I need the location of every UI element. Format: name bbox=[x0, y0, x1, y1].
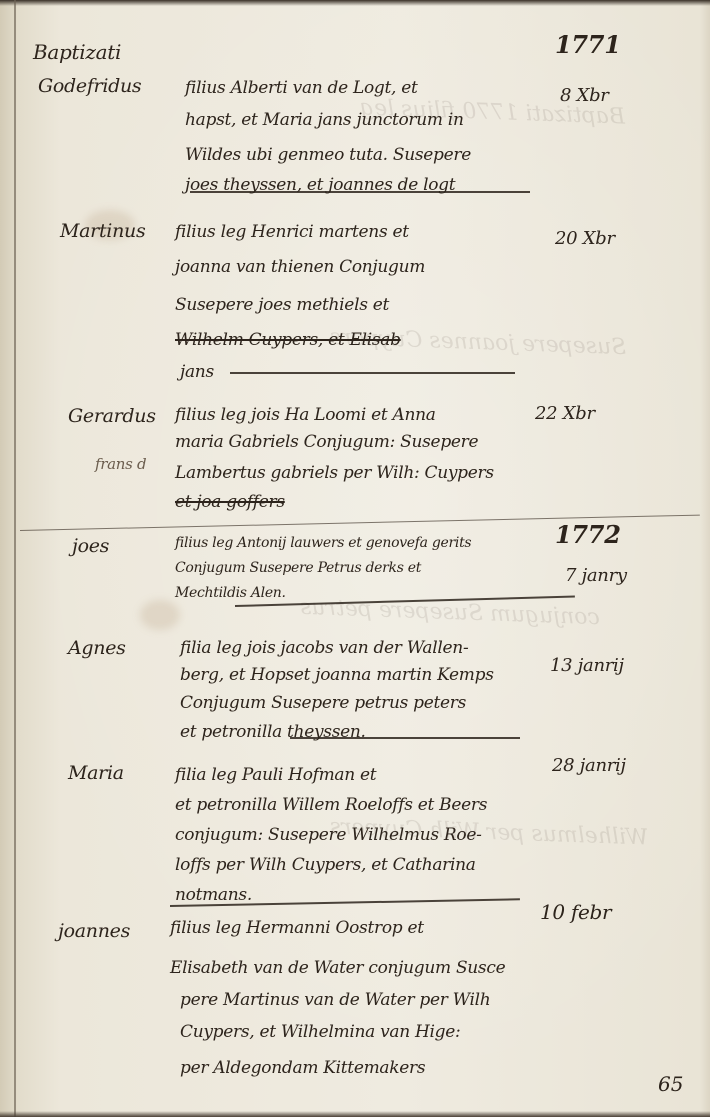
entry-year: 1772 bbox=[555, 520, 621, 549]
entry-date: 8 Xbr bbox=[560, 85, 609, 106]
entry-line: berg, et Hopset joanna martin Kemps bbox=[180, 665, 494, 685]
page-number: 65 bbox=[658, 1072, 683, 1096]
entry-line: hapst, et Maria jans junctorum in bbox=[185, 110, 464, 130]
entry-line: Mechtildis Alen. bbox=[175, 585, 286, 601]
entry-line: Wilhelm Cuypers, et Elisab bbox=[175, 330, 401, 350]
entry-name: Martinus bbox=[60, 220, 145, 242]
binding-fold bbox=[14, 0, 16, 1117]
entry-line: loffs per Wilh Cuypers, et Catharina bbox=[175, 855, 476, 875]
entry-date: 7 janry bbox=[565, 565, 627, 586]
manuscript-page: Baptizati 1770 filius leg Susepere joann… bbox=[0, 0, 710, 1117]
entry-margin-note: frans d bbox=[95, 455, 146, 473]
entry-line: et joa goffers bbox=[175, 492, 285, 512]
entry-line: Lambertus gabriels per Wilh: Cuypers bbox=[175, 463, 494, 483]
entry-separator bbox=[290, 737, 520, 739]
entry-date: 13 janrij bbox=[550, 655, 624, 676]
entry-line: et petronilla Willem Roeloffs et Beers bbox=[175, 795, 487, 815]
entry-line: maria Gabriels Conjugum: Susepere bbox=[175, 432, 478, 452]
entry-line: pere Martinus van de Water per Wilh bbox=[180, 990, 490, 1010]
entry-date: 22 Xbr bbox=[535, 403, 595, 424]
entry-line: jans bbox=[180, 362, 214, 382]
entry-year: 1771 bbox=[555, 30, 621, 59]
entry-line: Cuypers, et Wilhelmina van Hige: bbox=[180, 1022, 460, 1042]
paper-stain bbox=[140, 600, 180, 630]
entry-name: joannes bbox=[58, 920, 130, 942]
entry-line: Susepere joes methiels et bbox=[175, 295, 389, 315]
entry-line: Conjugum Susepere Petrus derks et bbox=[175, 560, 421, 576]
entry-line: filia leg Pauli Hofman et bbox=[175, 765, 376, 785]
register-heading: Baptizati bbox=[33, 40, 121, 64]
entry-line: et petronilla theyssen. bbox=[180, 722, 366, 742]
entry-line: conjugum: Susepere Wilhelmus Roe- bbox=[175, 825, 482, 845]
entry-separator bbox=[230, 372, 515, 374]
entry-name: Gerardus bbox=[68, 405, 156, 427]
entry-line: filius leg Antonij lauwers et genovefa g… bbox=[175, 535, 471, 551]
entry-separator bbox=[190, 191, 530, 193]
entry-line: filius Alberti van de Logt, et bbox=[185, 78, 418, 98]
entry-name: Godefridus bbox=[38, 75, 141, 97]
entry-name: Agnes bbox=[68, 637, 126, 659]
entry-line: notmans. bbox=[175, 885, 252, 905]
entry-line: per Aldegondam Kittemakers bbox=[180, 1058, 425, 1078]
entry-date: 28 janrij bbox=[552, 755, 626, 776]
entry-line: filius leg Henrici martens et bbox=[175, 222, 409, 242]
entry-line: Conjugum Susepere petrus peters bbox=[180, 693, 466, 713]
entry-line: filius leg jois Ha Loomi et Anna bbox=[175, 405, 436, 425]
entry-line: Elisabeth van de Water conjugum Susce bbox=[170, 958, 505, 978]
entry-name: joes bbox=[72, 535, 109, 557]
entry-line: Wildes ubi genmeo tuta. Susepere bbox=[185, 145, 471, 165]
entry-name: Maria bbox=[68, 762, 124, 784]
entry-line: filius leg Hermanni Oostrop et bbox=[170, 918, 424, 938]
entry-date: 20 Xbr bbox=[555, 228, 615, 249]
entry-date: 10 febr bbox=[540, 900, 611, 924]
entry-line: joanna van thienen Conjugum bbox=[175, 257, 425, 277]
entry-line: filia leg jois jacobs van der Wallen- bbox=[180, 638, 468, 658]
